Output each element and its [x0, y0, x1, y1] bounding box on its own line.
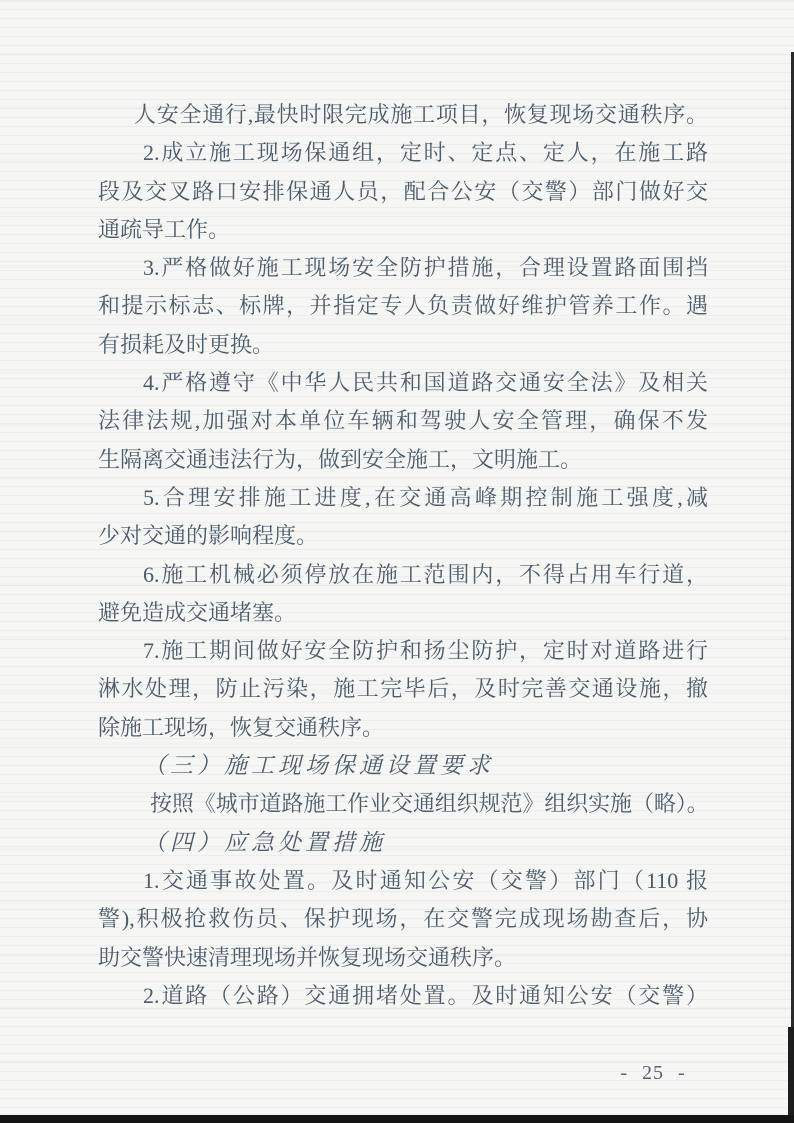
text-line: 生隔离交通违法行为，做到安全施工，文明施工。	[98, 441, 708, 479]
text-line: 除施工现场，恢复交通秩序。	[98, 709, 708, 747]
paragraph: 2.成立施工现场保通组，定时、定点、定人，在施工路 段及交叉路口安排保通人员，配…	[98, 134, 708, 249]
text-line: 2.道路（公路）交通拥堵处置。及时通知公安（交警）	[98, 977, 708, 1015]
text-line: 警),积极抢救伤员、保护现场，在交警完成现场勘查后，协	[98, 900, 708, 938]
document-text-block: 人安全通行,最快时限完成施工项目，恢复现场交通秩序。 2.成立施工现场保通组，定…	[98, 96, 708, 1015]
text-line: 助交警快速清理现场并恢复现场交通秩序。	[98, 939, 708, 977]
paragraph: 1.交通事故处置。及时通知公安（交警）部门（110 报 警),积极抢救伤员、保护…	[98, 862, 708, 977]
paragraph: 4.严格遵守《中华人民共和国道路交通安全法》及相关 法律法规,加强对本单位车辆和…	[98, 364, 708, 479]
text-line: 淋水处理，防止污染，施工完毕后，及时完善交通设施，撤	[98, 670, 708, 708]
text-line: 人安全通行,最快时限完成施工项目，恢复现场交通秩序。	[98, 96, 708, 134]
text-line: 段及交叉路口安排保通人员，配合公安（交警）部门做好交	[98, 173, 708, 211]
text-line: 5.合理安排施工进度,在交通高峰期控制施工强度,减	[98, 479, 708, 517]
paragraph: 人安全通行,最快时限完成施工项目，恢复现场交通秩序。	[98, 96, 708, 134]
text-line: 和提示标志、标牌，并指定专人负责做好维护管养工作。遇	[98, 287, 708, 325]
text-line: 通疏导工作。	[98, 211, 708, 249]
heading-line: （三）施工现场保通设置要求	[98, 747, 708, 785]
text-line: 3.严格做好施工现场安全防护措施，合理设置路面围挡	[98, 249, 708, 287]
section-heading: （三）施工现场保通设置要求	[98, 747, 708, 785]
paragraph: 6.施工机械必须停放在施工范围内，不得占用车行道， 避免造成交通堵塞。	[98, 556, 708, 633]
section-heading: （四）应急处置措施	[98, 824, 708, 862]
text-line: 2.成立施工现场保通组，定时、定点、定人，在施工路	[98, 134, 708, 172]
text-line: 按照《城市道路施工作业交通组织规范》组织实施（略）。	[98, 785, 708, 823]
page-number: - 25 -	[598, 1062, 708, 1085]
text-line: 法律法规,加强对本单位车辆和驾驶人安全管理，确保不发	[98, 402, 708, 440]
paragraph: 3.严格做好施工现场安全防护措施，合理设置路面围挡 和提示标志、标牌，并指定专人…	[98, 249, 708, 364]
paragraph: 7.施工期间做好安全防护和扬尘防护，定时对道路进行 淋水处理，防止污染，施工完毕…	[98, 632, 708, 747]
text-line: 4.严格遵守《中华人民共和国道路交通安全法》及相关	[98, 364, 708, 402]
document-page: 人安全通行,最快时限完成施工项目，恢复现场交通秩序。 2.成立施工现场保通组，定…	[0, 0, 794, 1123]
text-line: 有损耗及时更换。	[98, 326, 708, 364]
text-line: 6.施工机械必须停放在施工范围内，不得占用车行道，	[98, 556, 708, 594]
text-line: 少对交通的影响程度。	[98, 517, 708, 555]
paragraph: 按照《城市道路施工作业交通组织规范》组织实施（略）。	[98, 785, 708, 823]
text-line: 1.交通事故处置。及时通知公安（交警）部门（110 报	[98, 862, 708, 900]
paragraph: 2.道路（公路）交通拥堵处置。及时通知公安（交警）	[98, 977, 708, 1015]
text-line: 7.施工期间做好安全防护和扬尘防护，定时对道路进行	[98, 632, 708, 670]
heading-line: （四）应急处置措施	[98, 824, 708, 862]
text-line: 避免造成交通堵塞。	[98, 594, 708, 632]
paragraph: 5.合理安排施工进度,在交通高峰期控制施工强度,减 少对交通的影响程度。	[98, 479, 708, 556]
scan-edge-bottom	[0, 1115, 794, 1123]
scan-edge-right-corner	[788, 1027, 794, 1123]
